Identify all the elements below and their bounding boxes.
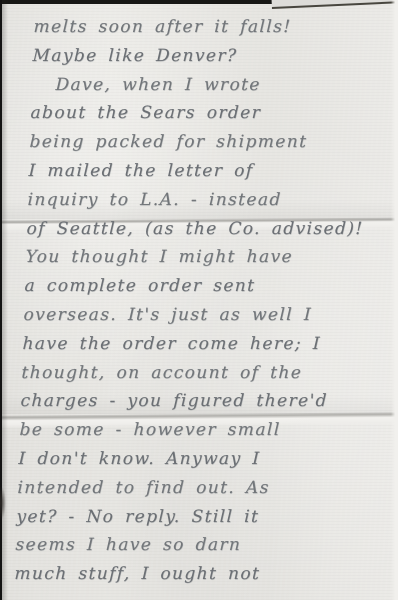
letter-line: melts soon after it falls! [33, 13, 398, 42]
letter-line: of Seattle, (as the Co. advised)! [26, 215, 395, 244]
handwritten-text: melts soon after it falls! Maybe like De… [14, 13, 398, 589]
scanned-letter-page: melts soon after it falls! Maybe like De… [0, 0, 398, 600]
letter-line: being packed for shipment [29, 128, 398, 157]
scan-edge-top [0, 0, 286, 4]
letter-line: Maybe like Denver? [32, 42, 398, 71]
letter-line: a complete order sent [24, 272, 393, 301]
paper-edge-right-highlight [391, 0, 398, 600]
letter-line: yet? - No reply. Still it [16, 503, 385, 532]
letter-line: Dave, when I wrote [31, 71, 398, 100]
letter-line: inquiry to L.A. - instead [27, 186, 396, 215]
letter-line: much stuff, I ought not [14, 560, 383, 589]
letter-line: seems I have so darn [15, 531, 384, 560]
letter-line: You thought I might have [25, 243, 394, 272]
letter-line: I don't know. Anyway I [18, 445, 387, 474]
letter-line: charges - you figured there'd [20, 387, 389, 416]
letter-line: intended to find out. As [17, 474, 386, 503]
letter-line: I mailed the letter of [28, 157, 397, 186]
letter-line: be some - however small [19, 416, 388, 445]
letter-line: thought, on account of the [21, 359, 390, 388]
letter-line: about the Sears order [30, 99, 398, 128]
letter-line: overseas. It's just as well I [23, 301, 392, 330]
letter-line: have the order come here; I [22, 330, 391, 359]
